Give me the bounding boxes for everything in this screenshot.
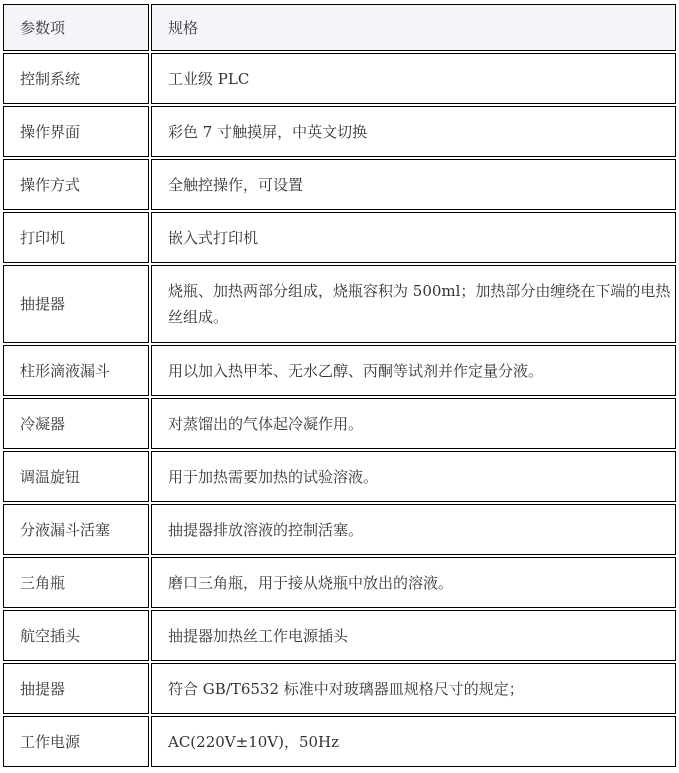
table-row: 柱形滴液漏斗 用以加入热甲苯、无水乙醇、丙酮等试剂并作定量分液。: [3, 345, 676, 396]
table-row: 抽提器 烧瓶、加热两部分组成，烧瓶容积为 500ml；加热部分由缠绕在下端的电热…: [3, 265, 676, 343]
table-row: 抽提器 符合 GB/T6532 标准中对玻璃器皿规格尺寸的规定；: [3, 663, 676, 714]
header-param: 参数项: [3, 4, 149, 51]
table-row: 控制系统 工业级 PLC: [3, 53, 676, 104]
spec-cell: 对蒸馏出的气体起冷凝作用。: [151, 398, 676, 449]
table-row: 调温旋钮 用于加热需要加热的试验溶液。: [3, 451, 676, 502]
table-header-row: 参数项 规格: [3, 4, 676, 51]
table-row: 航空插头 抽提器加热丝工作电源插头: [3, 610, 676, 661]
spec-cell: 烧瓶、加热两部分组成，烧瓶容积为 500ml；加热部分由缠绕在下端的电热丝组成。: [151, 265, 676, 343]
param-cell: 分液漏斗活塞: [3, 504, 149, 555]
spec-cell: 抽提器排放溶液的控制活塞。: [151, 504, 676, 555]
table-row: 工作电源 AC(220V±10V)，50Hz: [3, 716, 676, 767]
table-row: 三角瓶 磨口三角瓶，用于接从烧瓶中放出的溶液。: [3, 557, 676, 608]
spec-cell: 全触控操作，可设置: [151, 159, 676, 210]
param-cell: 操作方式: [3, 159, 149, 210]
header-spec: 规格: [151, 4, 676, 51]
spec-table: 参数项 规格 控制系统 工业级 PLC 操作界面 彩色 7 寸触摸屏，中英文切换…: [1, 2, 678, 769]
param-cell: 冷凝器: [3, 398, 149, 449]
table-row: 打印机 嵌入式打印机: [3, 212, 676, 263]
param-cell: 柱形滴液漏斗: [3, 345, 149, 396]
spec-cell: 嵌入式打印机: [151, 212, 676, 263]
spec-cell: 符合 GB/T6532 标准中对玻璃器皿规格尺寸的规定；: [151, 663, 676, 714]
spec-cell: 用以加入热甲苯、无水乙醇、丙酮等试剂并作定量分液。: [151, 345, 676, 396]
spec-cell: 磨口三角瓶，用于接从烧瓶中放出的溶液。: [151, 557, 676, 608]
param-cell: 抽提器: [3, 265, 149, 343]
table-row: 操作界面 彩色 7 寸触摸屏，中英文切换: [3, 106, 676, 157]
param-cell: 工作电源: [3, 716, 149, 767]
table-row: 冷凝器 对蒸馏出的气体起冷凝作用。: [3, 398, 676, 449]
spec-cell: 工业级 PLC: [151, 53, 676, 104]
spec-cell: 用于加热需要加热的试验溶液。: [151, 451, 676, 502]
param-cell: 操作界面: [3, 106, 149, 157]
table-row: 操作方式 全触控操作，可设置: [3, 159, 676, 210]
param-cell: 抽提器: [3, 663, 149, 714]
spec-cell: 抽提器加热丝工作电源插头: [151, 610, 676, 661]
spec-cell: 彩色 7 寸触摸屏，中英文切换: [151, 106, 676, 157]
param-cell: 航空插头: [3, 610, 149, 661]
param-cell: 控制系统: [3, 53, 149, 104]
table-row: 分液漏斗活塞 抽提器排放溶液的控制活塞。: [3, 504, 676, 555]
param-cell: 打印机: [3, 212, 149, 263]
param-cell: 调温旋钮: [3, 451, 149, 502]
param-cell: 三角瓶: [3, 557, 149, 608]
spec-cell: AC(220V±10V)，50Hz: [151, 716, 676, 767]
